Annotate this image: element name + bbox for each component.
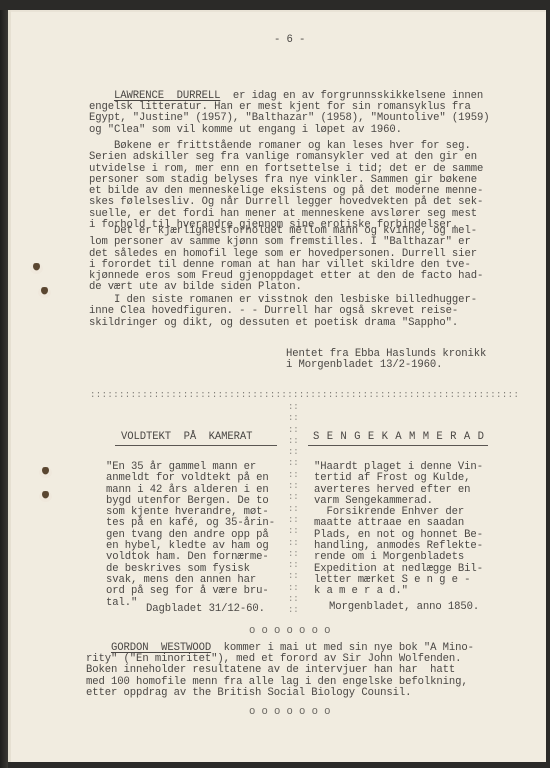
durrell-paragraph-2: Bøkene er frittstående romaner og kan le…: [89, 141, 483, 231]
document-page: - 6 - LAWRENCE DURRELL er idag en av for…: [8, 10, 546, 762]
left-column-heading: VOLDTEKT PÅ KAMERAT: [121, 432, 252, 443]
heading-underline: [115, 445, 277, 446]
page-shadow-edge: [0, 10, 8, 768]
heading-underline: [308, 445, 488, 446]
durrell-paragraph-3: Det er kjærlighetsforholdet mellom mann …: [89, 226, 483, 294]
page-number: - 6 -: [274, 35, 305, 46]
punch-hole: [39, 467, 52, 478]
right-column-source: Morgenbladet, anno 1850.: [329, 602, 479, 613]
punch-hole: [30, 263, 43, 274]
durrell-paragraph-4: I den siste romanen er visstnok den lesb…: [89, 295, 477, 329]
circle-separator: o o o o o o o: [249, 707, 330, 718]
punch-hole: [39, 491, 52, 502]
right-column-quote: "Haardt plaget i denne Vin-tertid af Fro…: [314, 462, 483, 598]
right-column-heading: S E N G E K A M M E R A D: [313, 432, 484, 443]
punch-hole: [38, 287, 51, 298]
column-divider: ::::::::::::::::::::::::::::::::::::::: [288, 402, 299, 617]
durrell-paragraph-1: engelsk litteratur. Han er mest kjent fo…: [89, 102, 489, 136]
left-column-source: Dagbladet 31/12-60.: [146, 604, 265, 615]
circle-separator: o o o o o o o: [249, 626, 330, 637]
westwood-paragraph: rity" ("En minoritet"), med et forord av…: [86, 654, 468, 699]
left-column-quote: "En 35 år gammel mann eranmeldt for vold…: [106, 462, 275, 609]
dotted-divider: ::::::::::::::::::::::::::::::::::::::::…: [90, 390, 519, 401]
durrell-source: Hentet fra Ebba Haslunds kronikki Morgen…: [286, 349, 486, 372]
